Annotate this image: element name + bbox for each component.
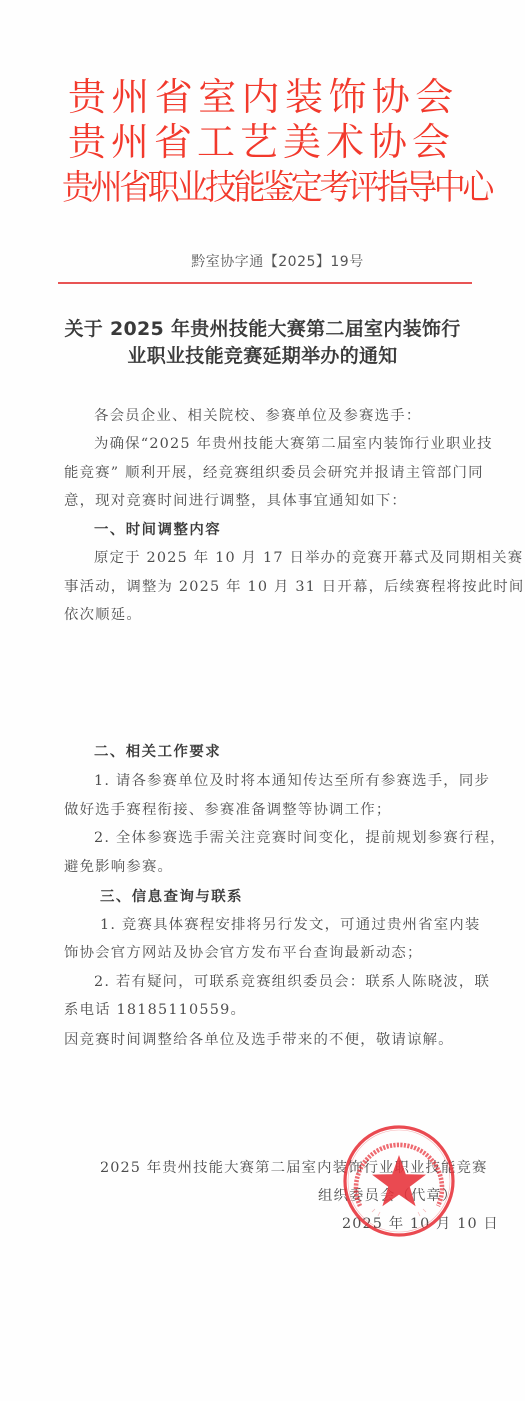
official-seal-icon xyxy=(342,1124,456,1238)
salutation: 各会员企业、相关院校、参赛单位及参赛选手： xyxy=(94,407,421,425)
section-2-line: 2. 全体参赛选手需关注竞赛时间变化，提前规划参赛行程， xyxy=(94,829,506,847)
red-divider-rule xyxy=(58,282,472,284)
section-2-line: 做好选手赛程衔接、参赛准备调整等协调工作； xyxy=(64,801,391,819)
section-1-line: 事活动，调整为 2025 年 10 月 31 日开幕，后续赛程将按此时间 xyxy=(64,578,525,596)
intro-line: 意，现对竞赛时间进行调整，具体事宜通知如下： xyxy=(64,492,407,510)
section-1-line: 原定于 2025 年 10 月 17 日举办的竞赛开幕式及同期相关赛 xyxy=(94,549,523,567)
letterhead-org-2: 贵州省工艺美术协会 xyxy=(68,123,455,161)
letterhead-org-1: 贵州省室内装饰协会 xyxy=(68,78,459,116)
section-3-line: 系电话 18185110559。 xyxy=(64,1001,246,1019)
section-1-line: 依次顺延。 xyxy=(64,606,142,624)
letterhead-org-3: 贵州省职业技能鉴定考评指导中心 xyxy=(62,170,491,205)
section-2-line: 1. 请各参赛单位及时将本通知传达至所有参赛选手，同步 xyxy=(94,772,490,790)
title-line-1: 关于 2025 年贵州技能大赛第二届室内装饰行 xyxy=(40,316,485,343)
section-3-line: 2. 若有疑问，可联系竞赛组织委员会：联系人陈晓波，联 xyxy=(94,973,490,991)
section-heading-1: 一、时间调整内容 xyxy=(94,521,221,539)
document-number: 黔室协字通【2025】19号 xyxy=(0,251,525,271)
section-3-line: 饰协会官方网站及协会官方发布平台查询最新动态； xyxy=(64,944,423,962)
section-2-line: 避免影响参赛。 xyxy=(64,858,173,876)
title-line-2: 业职业技能竞赛延期举办的通知 xyxy=(40,343,485,370)
document-title: 关于 2025 年贵州技能大赛第二届室内装饰行 业职业技能竞赛延期举办的通知 xyxy=(40,316,485,370)
section-heading-2: 二、相关工作要求 xyxy=(94,743,221,761)
section-heading-3: 三、信息查询与联系 xyxy=(100,888,243,906)
notice-document: 贵州省室内装饰协会 贵州省工艺美术协会 贵州省职业技能鉴定考评指导中心 黔室协字… xyxy=(0,0,525,1401)
intro-line: 为确保“2025 年贵州技能大赛第二届室内装饰行业职业技 xyxy=(94,435,493,453)
closing-remark: 因竞赛时间调整给各单位及选手带来的不便，敬请谅解。 xyxy=(64,1031,454,1049)
intro-line: 能竞赛” 顺利开展，经竞赛组织委员会研究并报请主管部门同 xyxy=(64,464,484,482)
section-3-line: 1. 竞赛具体赛程安排将另行发文，可通过贵州省室内装 xyxy=(100,916,481,934)
